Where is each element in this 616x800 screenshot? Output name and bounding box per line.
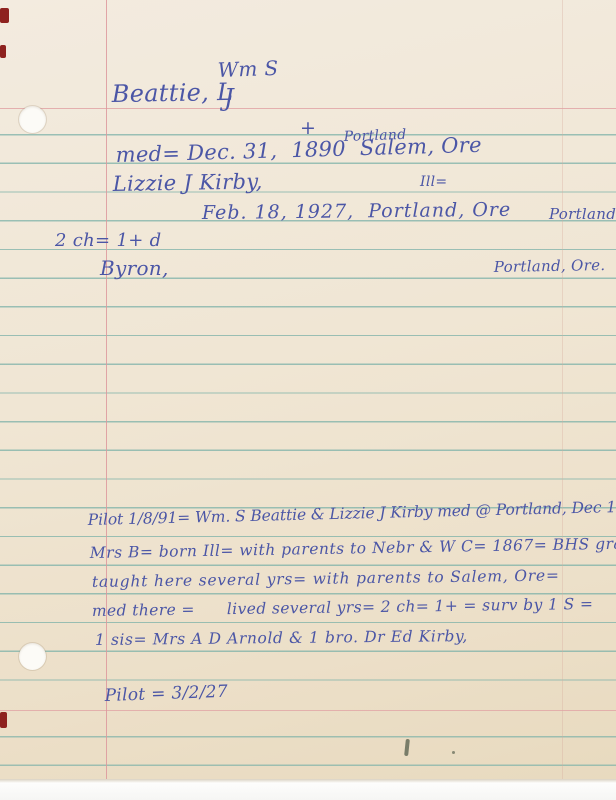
scan-artifact-upper (0, 45, 6, 58)
death-date-line: Feb. 18, 1927, Portland, Ore (202, 199, 512, 224)
note-line-6: Pilot = 3/2/27 (104, 682, 228, 706)
bottom-margin-line (0, 710, 616, 711)
children-note: 2 ch= 1+ d (55, 230, 161, 251)
plus-mark: + (300, 117, 316, 139)
top-margin-line (0, 108, 616, 109)
ruled-paper: Wm S Beattie, L J + Portland med= Dec. 3… (0, 0, 616, 779)
spouse-name: Lizzie J Kirby, (113, 169, 263, 196)
death-place-right: Portland (549, 205, 616, 223)
scan-artifact-top (0, 8, 9, 23)
child-place: Portland, Ore. (494, 256, 606, 276)
paper-crease (562, 0, 563, 779)
left-margin-line (106, 0, 107, 779)
hole-punch-top (19, 106, 46, 133)
middle-initial: J (224, 84, 234, 112)
scan-edge (0, 779, 616, 800)
scanned-note-page: Wm S Beattie, L J + Portland med= Dec. 3… (0, 0, 616, 800)
hole-punch-bottom (19, 643, 46, 670)
illinois-note: Ill= (420, 174, 447, 190)
rule-lines-lower (0, 736, 616, 768)
child-name: Byron, (100, 256, 169, 280)
surname-heading: Beattie, L (112, 78, 234, 108)
ink-dot (452, 751, 455, 754)
scan-artifact-lower (0, 712, 7, 728)
